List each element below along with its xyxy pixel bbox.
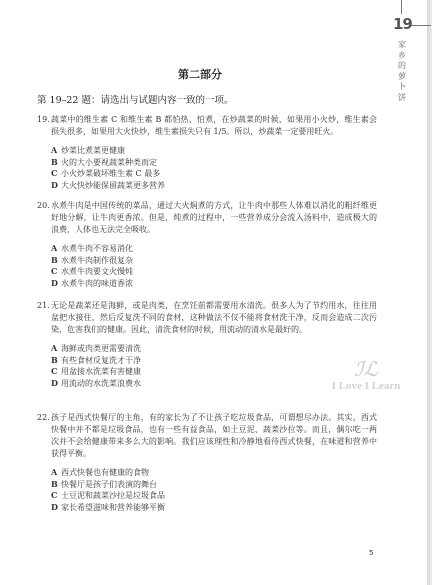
chapter-marker-line (411, 25, 431, 26)
option-a[interactable]: A海鲜或肉类更需要清洗 (51, 343, 377, 355)
option-c[interactable]: C小火炒菜破坏维生素 C 最多 (51, 168, 377, 180)
page-number: 5 (369, 549, 373, 557)
option-b[interactable]: B水煮牛肉制作很复杂 (51, 255, 377, 267)
option-list: A西式快餐也有健康的食物 B快餐厅是孩子们表演的舞台 C土豆泥和蔬菜沙拉是垃圾食… (51, 467, 377, 513)
question-22: 22. 孩子是西式快餐厅的主角，有的家长为了不让孩子吃垃圾食品，可谓想尽办法。其… (37, 412, 377, 513)
option-c[interactable]: C水煮牛肉要文火慢炖 (51, 266, 377, 278)
question-20: 20. 水煮牛肉是中国传统的菜品，通过大火焖煮的方式，让牛肉中那些人体难以消化的… (37, 200, 377, 289)
question-number: 20. (37, 200, 50, 212)
option-b[interactable]: B快餐厅是孩子们表演的舞台 (51, 479, 377, 491)
chapter-number: 19 (393, 15, 413, 33)
watermark-text: I Love I Learn (302, 380, 430, 392)
question-text: 无论是蔬菜还是海鲜，或是肉类，在烹饪前都需要用水清洗。很多人为了节约用水，往往用… (51, 300, 377, 336)
option-d[interactable]: D大火快炒能保留蔬菜更多营养 (51, 180, 377, 192)
question-text: 孩子是西式快餐厅的主角，有的家长为了不让孩子吃垃圾食品，可谓想尽办法。其实，西式… (51, 412, 377, 460)
chapter-marker-line (401, 0, 402, 14)
instruction: 第 19–22 题：请选出与试题内容一致的一项。 (37, 92, 233, 106)
option-d[interactable]: D家长希望滋味和营养能够平衡 (51, 502, 377, 514)
question-text: 蔬菜中的维生素 C 和维生素 B 都怕热、怕煮，在炒蔬菜的时候，如果用小火炒，维… (51, 114, 377, 138)
question-number: 19. (37, 114, 50, 126)
question-19: 19. 蔬菜中的维生素 C 和维生素 B 都怕热、怕煮，在炒蔬菜的时候，如果用小… (37, 114, 377, 191)
question-number: 22. (37, 412, 50, 424)
option-list: A炒菜比煮菜更健康 B火的大小要视蔬菜种类而定 C小火炒菜破坏维生素 C 最多 … (51, 145, 377, 191)
question-text: 水煮牛肉是中国传统的菜品，通过大火焖煮的方式，让牛肉中那些人体难以消化的粗纤维更… (51, 200, 377, 236)
option-b[interactable]: B火的大小要视蔬菜种类而定 (51, 157, 377, 169)
option-d[interactable]: D水煮牛肉的味道香浓 (51, 278, 377, 290)
watermark: ℐℒ I Love I Learn (302, 358, 430, 392)
option-list: A水煮牛肉不容易消化 B水煮牛肉制作很复杂 C水煮牛肉要文火慢炖 D水煮牛肉的味… (51, 243, 377, 289)
option-a[interactable]: A水煮牛肉不容易消化 (51, 243, 377, 255)
question-number: 21. (37, 300, 50, 312)
option-a[interactable]: A西式快餐也有健康的食物 (51, 467, 377, 479)
watermark-logo-icon: ℐℒ (302, 358, 430, 380)
section-title: 第二部分 (0, 66, 400, 82)
option-c[interactable]: C土豆泥和蔬菜沙拉是垃圾食品 (51, 490, 377, 502)
page-edge (427, 0, 432, 585)
option-a[interactable]: A炒菜比煮菜更健康 (51, 145, 377, 157)
